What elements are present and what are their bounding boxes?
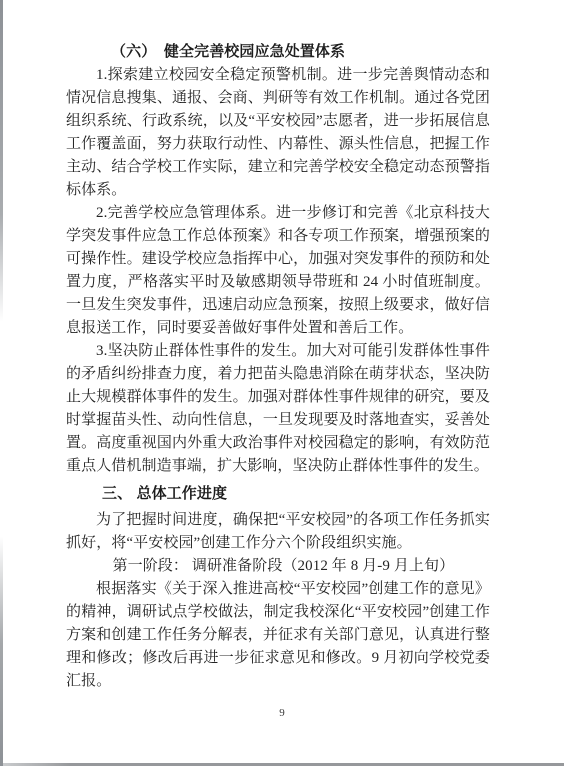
paragraph-1: 1.探索建立校园安全稳定预警机制。进一步完善舆情动态和情况信息搜集、通报、会商、… <box>66 64 490 202</box>
paragraph-2: 2.完善学校应急管理体系。进一步修订和完善《北京科技大学突发事件应急工作总体预案… <box>66 202 490 340</box>
paragraph-4: 为了把握时间进度，确保把“平安校园”的各项工作任务抓实抓好，将“平安校园”创建工… <box>66 509 490 555</box>
paragraph-5: 根据落实《关于深入推进高校“平安校园”创建工作的意见》的精神，调研试点学校做法，… <box>66 578 490 693</box>
document-page: （六） 健全完善校园应急处置体系 1.探索建立校园安全稳定预警机制。进一步完善舆… <box>0 0 564 766</box>
page-number: 9 <box>0 706 564 720</box>
section-main-heading: 三、 总体工作进度 <box>66 482 490 505</box>
stage-line: 第一阶段： 调研准备阶段（2012 年 8 月-9 月上旬） <box>66 555 490 578</box>
page-content: （六） 健全完善校园应急处置体系 1.探索建立校园安全稳定预警机制。进一步完善舆… <box>66 41 490 693</box>
section-sub-heading: （六） 健全完善校园应急处置体系 <box>66 41 490 64</box>
paragraph-3: 3.坚决防止群体性事件的发生。加大对可能引发群体性事件的矛盾纠纷排查力度，着力把… <box>66 340 490 478</box>
page-edge-shadow-left <box>0 0 3 766</box>
